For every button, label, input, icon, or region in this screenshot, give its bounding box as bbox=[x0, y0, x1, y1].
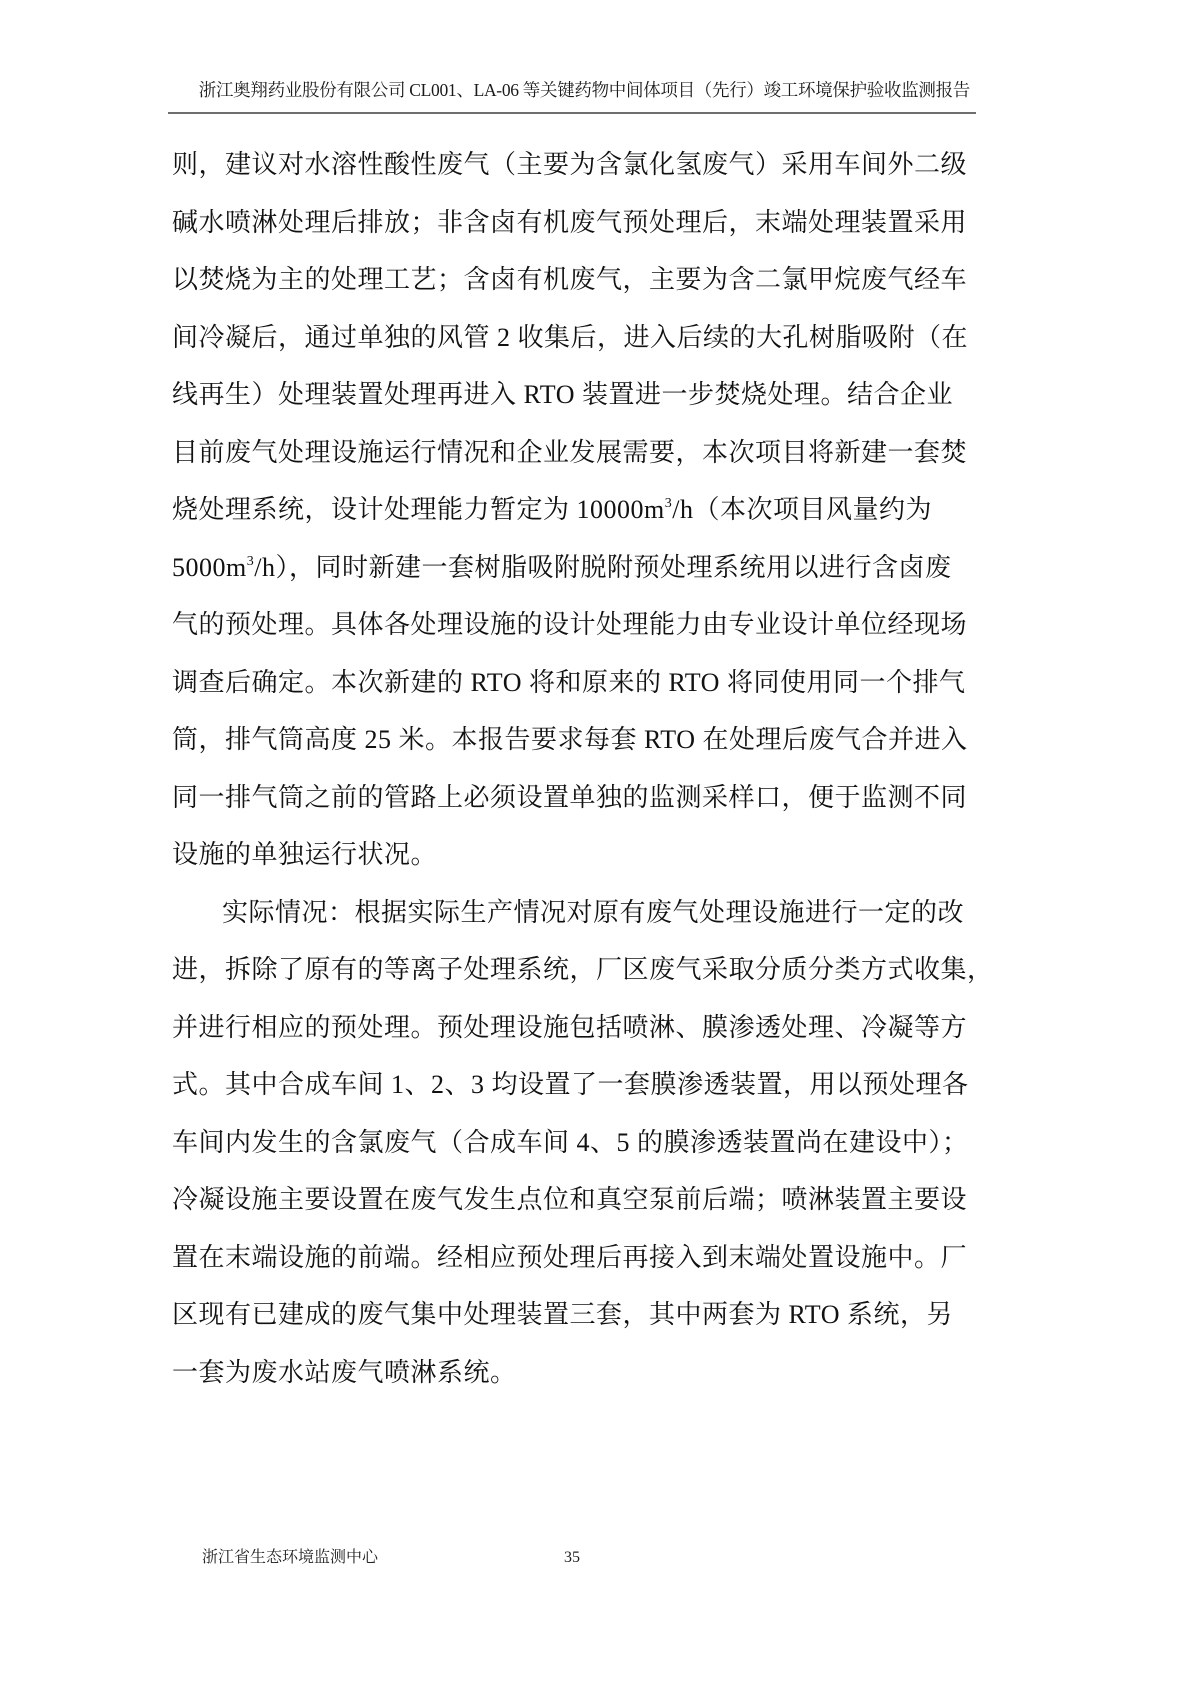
paragraph-line: 5000m3/h），同时新建一套树脂吸附脱附预处理系统用以进行含卤废 bbox=[172, 548, 947, 606]
page-footer: 浙江省生态环境监测中心 35 bbox=[202, 1547, 622, 1573]
paragraph-line: 筒，排气筒高度 25 米。本报告要求每套 RTO 在处理后废气合并进入 bbox=[172, 720, 947, 778]
paragraph-line: 实际情况：根据实际生产情况对原有废气处理设施进行一定的改 bbox=[172, 893, 947, 951]
paragraph-line: 气的预处理。具体各处理设施的设计处理能力由专业设计单位经现场 bbox=[172, 605, 947, 663]
line-text: 5000m bbox=[172, 553, 247, 582]
page-header: 浙江奥翔药业股份有限公司 CL001、LA-06 等关键药物中间体项目（先行）竣… bbox=[168, 78, 976, 114]
paragraph-line: 调查后确定。本次新建的 RTO 将和原来的 RTO 将同使用同一个排气 bbox=[172, 663, 947, 721]
paragraph-line: 并进行相应的预处理。预处理设施包括喷淋、膜渗透处理、冷凝等方 bbox=[172, 1008, 947, 1066]
paragraph-line: 间冷凝后，通过单独的风管 2 收集后，进入后续的大孔树脂吸附（在 bbox=[172, 318, 947, 376]
paragraph-line: 冷凝设施主要设置在废气发生点位和真空泵前后端；喷淋装置主要设 bbox=[172, 1180, 947, 1238]
line-text: /h（本次项目风量约为 bbox=[672, 495, 932, 524]
report-title: 浙江奥翔药业股份有限公司 CL001、LA-06 等关键药物中间体项目（先行）竣… bbox=[199, 78, 970, 102]
paragraph-line: 设施的单独运行状况。 bbox=[172, 835, 947, 893]
paragraph-line: 车间内发生的含氯废气（合成车间 4、5 的膜渗透装置尚在建设中）； bbox=[172, 1123, 947, 1181]
paragraph-line: 同一排气筒之前的管路上必须设置单独的监测采样口，便于监测不同 bbox=[172, 778, 947, 836]
footer-organization: 浙江省生态环境监测中心 bbox=[202, 1547, 378, 1569]
paragraph-line: 区现有已建成的废气集中处理装置三套，其中两套为 RTO 系统，另 bbox=[172, 1295, 947, 1353]
paragraph-line: 一套为废水站废气喷淋系统。 bbox=[172, 1353, 947, 1411]
paragraph-line: 式。其中合成车间 1、2、3 均设置了一套膜渗透装置，用以预处理各 bbox=[172, 1065, 947, 1123]
paragraph-line: 线再生）处理装置处理再进入 RTO 装置进一步焚烧处理。结合企业 bbox=[172, 375, 947, 433]
paragraph-line: 则，建议对水溶性酸性废气（主要为含氯化氢废气）采用车间外二级 bbox=[172, 145, 947, 203]
paragraph-line: 以焚烧为主的处理工艺；含卤有机废气，主要为含二氯甲烷废气经车 bbox=[172, 260, 947, 318]
paragraph-line: 置在末端设施的前端。经相应预处理后再接入到末端处置设施中。厂 bbox=[172, 1238, 947, 1296]
paragraph-line: 碱水喷淋处理后排放；非含卤有机废气预处理后，末端处理装置采用 bbox=[172, 203, 947, 261]
paragraph-line: 目前废气处理设施运行情况和企业发展需要，本次项目将新建一套焚 bbox=[172, 433, 947, 491]
header-divider bbox=[168, 112, 976, 114]
line-text: /h），同时新建一套树脂吸附脱附预处理系统用以进行含卤废 bbox=[254, 553, 951, 582]
line-text: 烧处理系统，设计处理能力暂定为 10000m bbox=[172, 495, 665, 524]
paragraph-line: 进，拆除了原有的等离子处理系统，厂区废气采取分质分类方式收集， bbox=[172, 950, 947, 1008]
page-number: 35 bbox=[564, 1547, 580, 1569]
paragraph-line: 烧处理系统，设计处理能力暂定为 10000m3/h（本次项目风量约为 bbox=[172, 490, 947, 548]
body-text: 则，建议对水溶性酸性废气（主要为含氯化氢废气）采用车间外二级 碱水喷淋处理后排放… bbox=[172, 145, 947, 1410]
